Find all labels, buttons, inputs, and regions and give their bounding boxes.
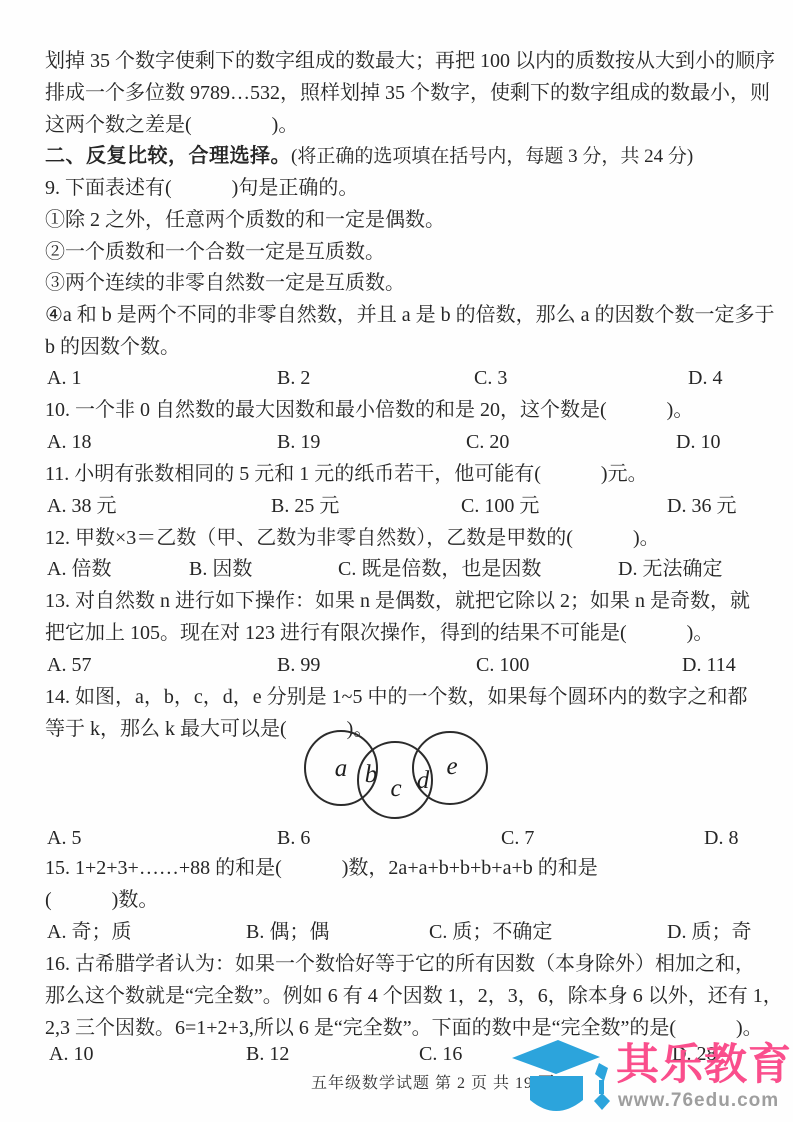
q9-statement-1: ①除 2 之外，任意两个质数的和一定是偶数。	[45, 206, 755, 236]
q11-option-d: D. 36 元	[667, 492, 736, 520]
q14-options: A. 5 B. 6 C. 7 D. 8	[0, 824, 793, 854]
q14-option-a: A. 5	[47, 824, 81, 852]
q16-stem-line-2: 那么这个数就是“完全数”。例如 6 有 4 个因数 1，2，3，6，除本身 6 …	[45, 982, 755, 1012]
q9-option-c: C. 3	[474, 364, 507, 392]
q15-stem-line-2: ( )数。	[45, 886, 755, 916]
venn-label-e: e	[446, 753, 457, 780]
q10-options: A. 18 B. 19 C. 20 D. 10	[0, 428, 793, 458]
q15-option-c: C. 质；不确定	[429, 918, 552, 946]
q15-options: A. 奇；质 B. 偶；偶 C. 质；不确定 D. 质；奇	[0, 918, 793, 948]
q12-option-c: C. 既是倍数，也是因数	[338, 555, 541, 583]
q12-option-b: B. 因数	[189, 555, 252, 583]
q16-option-c: C. 16	[419, 1040, 462, 1068]
watermark-logo: 其乐教育 www.76edu.com	[510, 1038, 793, 1122]
question-8-continuation-line-3: 这两个数之差是( )。	[45, 111, 755, 141]
q12-stem: 12. 甲数×3＝乙数（甲、乙数为非零自然数），乙数是甲数的( )。	[45, 524, 755, 554]
q10-option-d: D. 10	[676, 428, 720, 456]
section-2-note: (将正确的选项填在括号内，每题 3 分，共 24 分)	[291, 146, 693, 167]
q11-stem: 11. 小明有张数相同的 5 元和 1 元的纸币若干，他可能有( )元。	[45, 460, 755, 490]
q9-stem: 9. 下面表述有( )句是正确的。	[45, 174, 755, 204]
q13-options: A. 57 B. 99 C. 100 D. 114	[0, 651, 793, 681]
q13-option-b: B. 99	[277, 651, 320, 679]
q13-stem-line-2: 把它加上 105。现在对 123 进行有限次操作，得到的结果不可能是( )。	[45, 619, 755, 649]
q13-option-a: A. 57	[47, 651, 91, 679]
q11-option-b: B. 25 元	[271, 492, 339, 520]
venn-label-d: d	[417, 767, 430, 794]
q15-option-b: B. 偶；偶	[246, 918, 329, 946]
q11-options: A. 38 元 B. 25 元 C. 100 元 D. 36 元	[0, 492, 793, 522]
q9-statement-4-line-1: ④a 和 b 是两个不同的非零自然数，并且 a 是 b 的倍数，那么 a 的因数…	[45, 301, 755, 331]
exam-page: 划掉 35 个数字使剩下的数字组成的数最大；再把 100 以内的质数按从大到小的…	[0, 0, 793, 1122]
cap-crown	[530, 1076, 583, 1111]
q10-option-c: C. 20	[466, 428, 509, 456]
q14-stem-line-1: 14. 如图，a，b，c，d，e 分别是 1~5 中的一个数，如果每个圆环内的数…	[45, 683, 755, 713]
q12-option-a: A. 倍数	[47, 555, 111, 583]
q12-option-d: D. 无法确定	[618, 555, 722, 583]
question-8-continuation-line-1: 划掉 35 个数字使剩下的数字组成的数最大；再把 100 以内的质数按从大到小的…	[45, 47, 755, 77]
q10-option-b: B. 19	[277, 428, 320, 456]
q9-statement-3: ③两个连续的非零自然数一定是互质数。	[45, 269, 755, 299]
q15-option-d: D. 质；奇	[667, 918, 751, 946]
q9-option-d: D. 4	[688, 364, 722, 392]
cap-tassel-cord	[599, 1080, 604, 1094]
q13-option-c: C. 100	[476, 651, 529, 679]
venn-label-c: c	[390, 775, 401, 802]
section-2-title: 二、反复比较，合理选择。	[45, 145, 291, 167]
q9-statement-2: ②一个质数和一个合数一定是互质数。	[45, 238, 755, 268]
q15-option-a: A. 奇；质	[47, 918, 131, 946]
q14-venn-diagram: a b c d e	[296, 724, 506, 828]
q9-statement-4-line-2: b 的因数个数。	[45, 333, 755, 363]
q14-option-b: B. 6	[277, 824, 310, 852]
q13-stem-line-1: 13. 对自然数 n 进行如下操作：如果 n 是偶数，就把它除以 2；如果 n …	[45, 587, 755, 617]
q16-option-a: A. 10	[49, 1040, 93, 1068]
q16-option-b: B. 12	[246, 1040, 289, 1068]
question-8-continuation-line-2: 排成一个多位数 9789…532，照样划掉 35 个数字，使剩下的数字组成的数最…	[45, 79, 755, 109]
q14-option-d: D. 8	[704, 824, 738, 852]
watermark-url-text: www.76edu.com	[618, 1090, 779, 1112]
q11-option-c: C. 100 元	[461, 492, 539, 520]
q9-option-a: A. 1	[47, 364, 81, 392]
section-2-header: 二、反复比较，合理选择。(将正确的选项填在括号内，每题 3 分，共 24 分)	[45, 142, 755, 172]
q12-options: A. 倍数 B. 因数 C. 既是倍数，也是因数 D. 无法确定	[0, 555, 793, 585]
cap-tassel-bead	[594, 1093, 610, 1110]
q9-options: A. 1 B. 2 C. 3 D. 4	[0, 364, 793, 394]
q13-option-d: D. 114	[682, 651, 736, 679]
venn-label-a: a	[335, 755, 348, 782]
q9-option-b: B. 2	[277, 364, 310, 392]
graduation-cap-icon	[510, 1038, 612, 1122]
q14-option-c: C. 7	[501, 824, 534, 852]
q10-stem: 10. 一个非 0 自然数的最大因数和最小倍数的和是 20，这个数是( )。	[45, 396, 755, 426]
watermark-brand-text: 其乐教育	[616, 1044, 792, 1087]
q16-stem-line-1: 16. 古希腊学者认为：如果一个数恰好等于它的所有因数（本身除外）相加之和，	[45, 950, 755, 980]
cap-board	[512, 1040, 600, 1074]
cap-tassel-knot	[595, 1063, 608, 1081]
q15-stem-line-1: 15. 1+2+3+……+88 的和是( )数，2a+a+b+b+b+a+b 的…	[45, 854, 755, 884]
q11-option-a: A. 38 元	[47, 492, 116, 520]
q10-option-a: A. 18	[47, 428, 91, 456]
venn-label-b: b	[365, 761, 378, 788]
